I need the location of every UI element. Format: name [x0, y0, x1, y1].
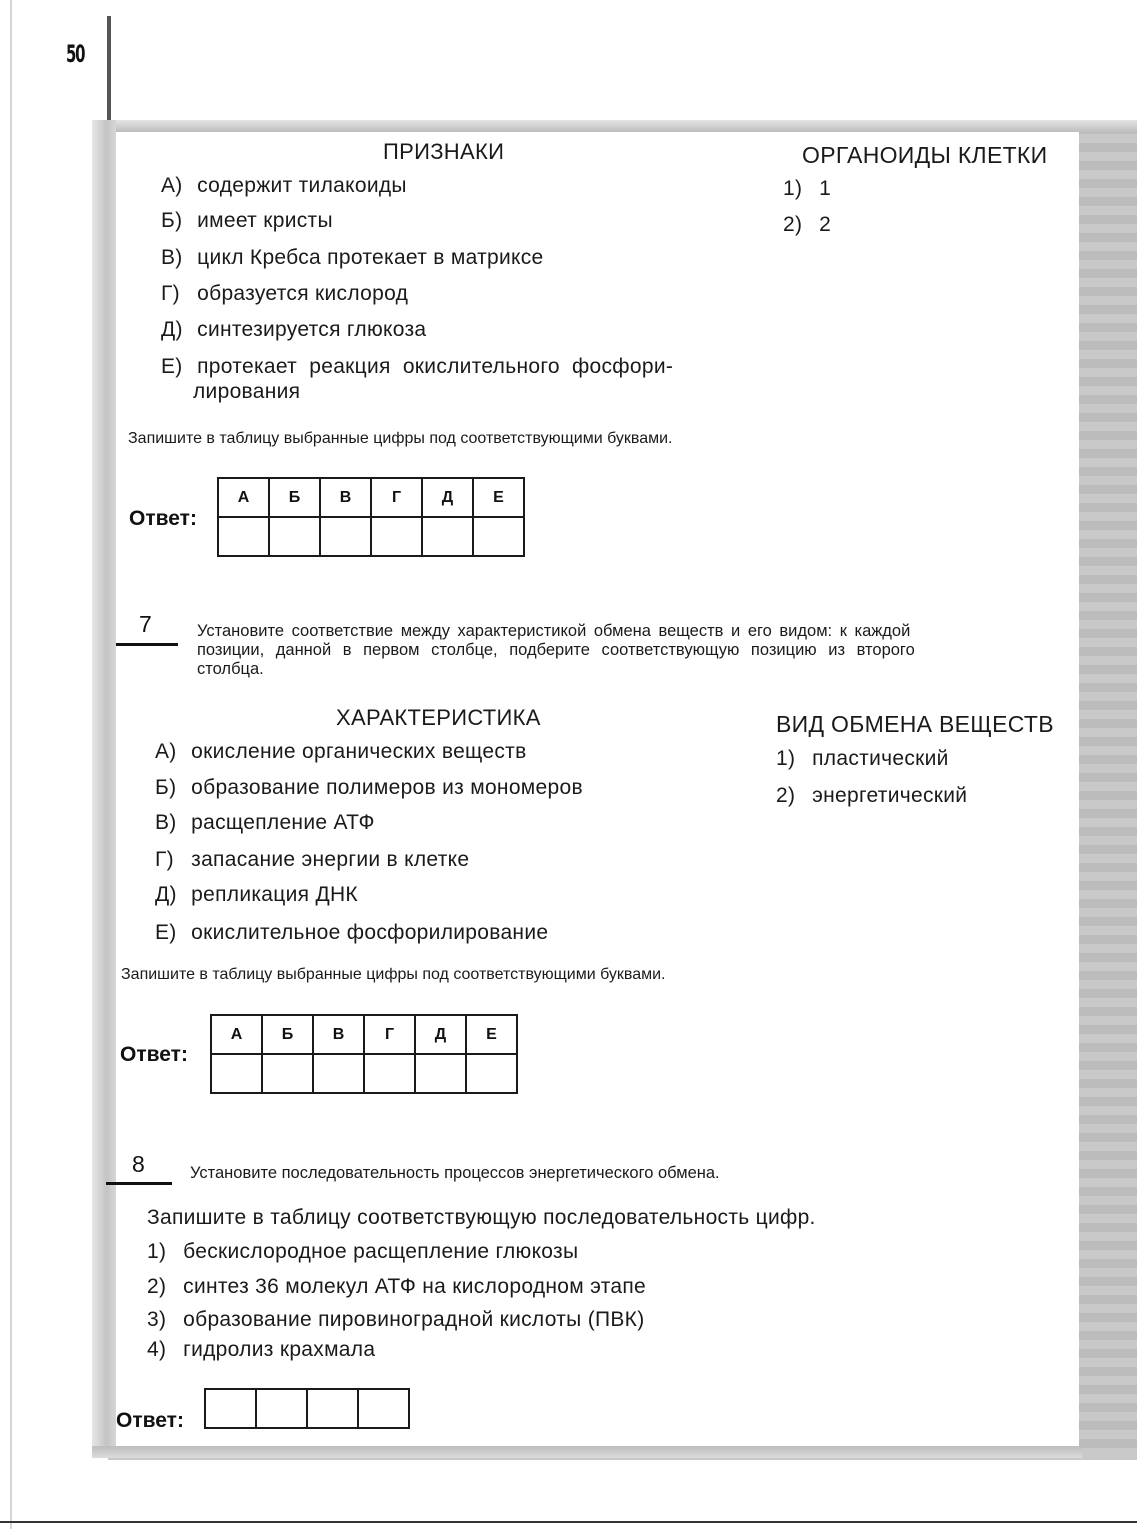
step-marker: 1)	[147, 1240, 177, 1264]
step-text: синтез 36 молекул АТФ на кислородном эта…	[183, 1275, 646, 1298]
task7-prompt-line: позиции, данной в первом столбце, подбер…	[197, 641, 1063, 660]
sequence-step-2: 2) синтез 36 молекул АТФ на кислородном …	[147, 1275, 646, 1299]
sequence-cell-4[interactable]	[358, 1389, 409, 1428]
answer-cell-d[interactable]	[422, 517, 473, 556]
metabolism-type-marker: 1)	[776, 747, 806, 771]
characteristic-text: запасание энергии в клетке	[191, 848, 469, 871]
characteristic-item-e: Е) окислительное фосфорилирование	[155, 921, 548, 945]
metabolism-type-marker: 2)	[776, 784, 806, 808]
answer-cell-g[interactable]	[371, 517, 422, 556]
organoids-header: ОРГАНОИДЫ КЛЕТКИ	[802, 142, 1047, 169]
task8-instruction: Запишите в таблицу соответствующую после…	[147, 1206, 816, 1230]
answer-column-e: Е	[473, 478, 524, 517]
feature-text: протекает реакция окислительного фосфори…	[197, 355, 673, 378]
characteristic-text: окисление органических веществ	[191, 740, 526, 763]
frame-top-border	[108, 120, 1137, 132]
features-header: ПРИЗНАКИ	[383, 139, 504, 165]
characteristics-header: ХАРАКТЕРИСТИКА	[336, 705, 541, 731]
characteristic-item-v: В) расщепление АТФ	[155, 811, 375, 835]
characteristic-marker: В)	[155, 811, 185, 835]
answer-cell-v[interactable]	[313, 1054, 364, 1093]
task6-answer-table: А Б В Г Д Е	[217, 477, 525, 557]
feature-marker: Е)	[161, 355, 191, 379]
feature-text: имеет кристы	[197, 209, 333, 232]
feature-text: содержит тилакоиды	[197, 174, 407, 197]
page-number: 50	[66, 40, 84, 68]
task7-prompt-line: столбца.	[197, 660, 1063, 679]
answer-column-d: Д	[415, 1015, 466, 1054]
task7-answer-table: А Б В Г Д Е	[210, 1014, 518, 1094]
answer-header-row: А Б В Г Д Е	[218, 478, 524, 517]
organoid-marker: 1)	[783, 177, 813, 201]
answer-input-row	[211, 1054, 517, 1093]
answer-column-b: Б	[269, 478, 320, 517]
answer-column-v: В	[313, 1015, 364, 1054]
step-marker: 4)	[147, 1338, 177, 1362]
task8-answer-label: Ответ:	[116, 1409, 184, 1433]
task-number: 7	[139, 611, 152, 638]
feature-marker: А)	[161, 174, 191, 198]
header-rule	[107, 16, 111, 120]
characteristic-text: образование полимеров из мономеров	[191, 776, 583, 799]
metabolism-types-header: ВИД ОБМЕНА ВЕЩЕСТВ	[776, 711, 1054, 738]
sequence-step-3: 3) образование пировиноградной кислоты (…	[147, 1308, 645, 1332]
answer-input-row	[205, 1389, 409, 1428]
answer-cell-b[interactable]	[269, 517, 320, 556]
answer-column-b: Б	[262, 1015, 313, 1054]
metabolism-type-item-1: 1) пластический	[776, 747, 949, 771]
characteristic-item-b: Б) образование полимеров из мономеров	[155, 776, 583, 800]
answer-cell-g[interactable]	[364, 1054, 415, 1093]
organoid-item-2: 2) 2	[783, 213, 831, 237]
feature-marker: Б)	[161, 209, 191, 233]
feature-item-e-continuation: лирования	[193, 380, 300, 404]
answer-cell-v[interactable]	[320, 517, 371, 556]
frame-right-border	[1079, 132, 1137, 1457]
sequence-step-4: 4) гидролиз крахмала	[147, 1338, 375, 1362]
sequence-cell-2[interactable]	[256, 1389, 307, 1428]
characteristic-item-g: Г) запасание энергии в клетке	[155, 848, 469, 872]
answer-column-e: Е	[466, 1015, 517, 1054]
metabolism-type-text: энергетический	[812, 784, 967, 807]
task7-answer-label: Ответ:	[120, 1043, 188, 1067]
sequence-cell-1[interactable]	[205, 1389, 256, 1428]
answer-cell-a[interactable]	[218, 517, 269, 556]
frame-bottom-border	[92, 1446, 1082, 1458]
answer-cell-e[interactable]	[473, 517, 524, 556]
page-edge	[10, 0, 12, 1529]
answer-cell-b[interactable]	[262, 1054, 313, 1093]
characteristic-marker: Е)	[155, 921, 185, 945]
feature-item-b: Б) имеет кристы	[161, 209, 333, 233]
answer-cell-d[interactable]	[415, 1054, 466, 1093]
characteristic-marker: Д)	[155, 883, 185, 907]
task-number-underline	[106, 1182, 172, 1185]
feature-item-v: В) цикл Кребса протекает в матриксе	[161, 246, 544, 270]
step-marker: 2)	[147, 1275, 177, 1299]
task7-prompt-line: Установите соответствие между характерис…	[197, 622, 1063, 641]
feature-text: образуется кислород	[197, 282, 408, 305]
feature-item-a: А) содержит тилакоиды	[161, 174, 407, 198]
answer-column-a: А	[218, 478, 269, 517]
step-text: образование пировиноградной кислоты (ПВК…	[183, 1308, 644, 1331]
feature-text: цикл Кребса протекает в матриксе	[197, 246, 543, 269]
page-bottom-rule	[0, 1521, 1137, 1523]
answer-column-g: Г	[364, 1015, 415, 1054]
task8-prompt: Установите последовательность процессов …	[190, 1164, 720, 1183]
step-text: бескислородное расщепление глюкозы	[183, 1240, 578, 1263]
characteristic-item-d: Д) репликация ДНК	[155, 883, 358, 907]
characteristic-text: расщепление АТФ	[191, 811, 375, 834]
feature-text: синтезируется глюкоза	[197, 318, 426, 341]
feature-marker: В)	[161, 246, 191, 270]
organoid-item-1: 1) 1	[783, 177, 831, 201]
answer-cell-a[interactable]	[211, 1054, 262, 1093]
organoid-marker: 2)	[783, 213, 813, 237]
step-marker: 3)	[147, 1308, 177, 1332]
sequence-step-1: 1) бескислородное расщепление глюкозы	[147, 1240, 578, 1264]
answer-column-g: Г	[371, 478, 422, 517]
task7-prompt: Установите соответствие между характерис…	[197, 622, 1063, 679]
answer-column-a: А	[211, 1015, 262, 1054]
task6-answer-label: Ответ:	[129, 507, 197, 531]
metabolism-type-item-2: 2) энергетический	[776, 784, 967, 808]
answer-column-d: Д	[422, 478, 473, 517]
feature-marker: Г)	[161, 282, 191, 306]
organoid-text: 1	[819, 177, 831, 200]
characteristic-marker: А)	[155, 740, 185, 764]
answer-header-row: А Б В Г Д Е	[211, 1015, 517, 1054]
metabolism-type-text: пластический	[812, 747, 949, 770]
feature-item-d: Д) синтезируется глюкоза	[161, 318, 426, 342]
task6-instruction: Запишите в таблицу выбранные цифры под с…	[128, 430, 673, 448]
characteristic-marker: Б)	[155, 776, 185, 800]
task8-answer-table	[204, 1388, 410, 1429]
task7-instruction: Запишите в таблицу выбранные цифры под с…	[121, 966, 666, 984]
characteristic-marker: Г)	[155, 848, 185, 872]
characteristic-item-a: А) окисление органических веществ	[155, 740, 527, 764]
frame-left-border	[92, 120, 116, 1458]
task-number: 8	[132, 1151, 145, 1178]
feature-marker: Д)	[161, 318, 191, 342]
step-text: гидролиз крахмала	[183, 1338, 375, 1361]
answer-cell-e[interactable]	[466, 1054, 517, 1093]
characteristic-text: репликация ДНК	[191, 883, 358, 906]
feature-item-e: Е) протекает реакция окислительного фосф…	[161, 355, 673, 379]
characteristic-text: окислительное фосфорилирование	[191, 921, 548, 944]
organoid-text: 2	[819, 213, 831, 236]
answer-column-v: В	[320, 478, 371, 517]
answer-input-row	[218, 517, 524, 556]
feature-item-g: Г) образуется кислород	[161, 282, 408, 306]
task-number-underline	[116, 643, 178, 646]
sequence-cell-3[interactable]	[307, 1389, 358, 1428]
